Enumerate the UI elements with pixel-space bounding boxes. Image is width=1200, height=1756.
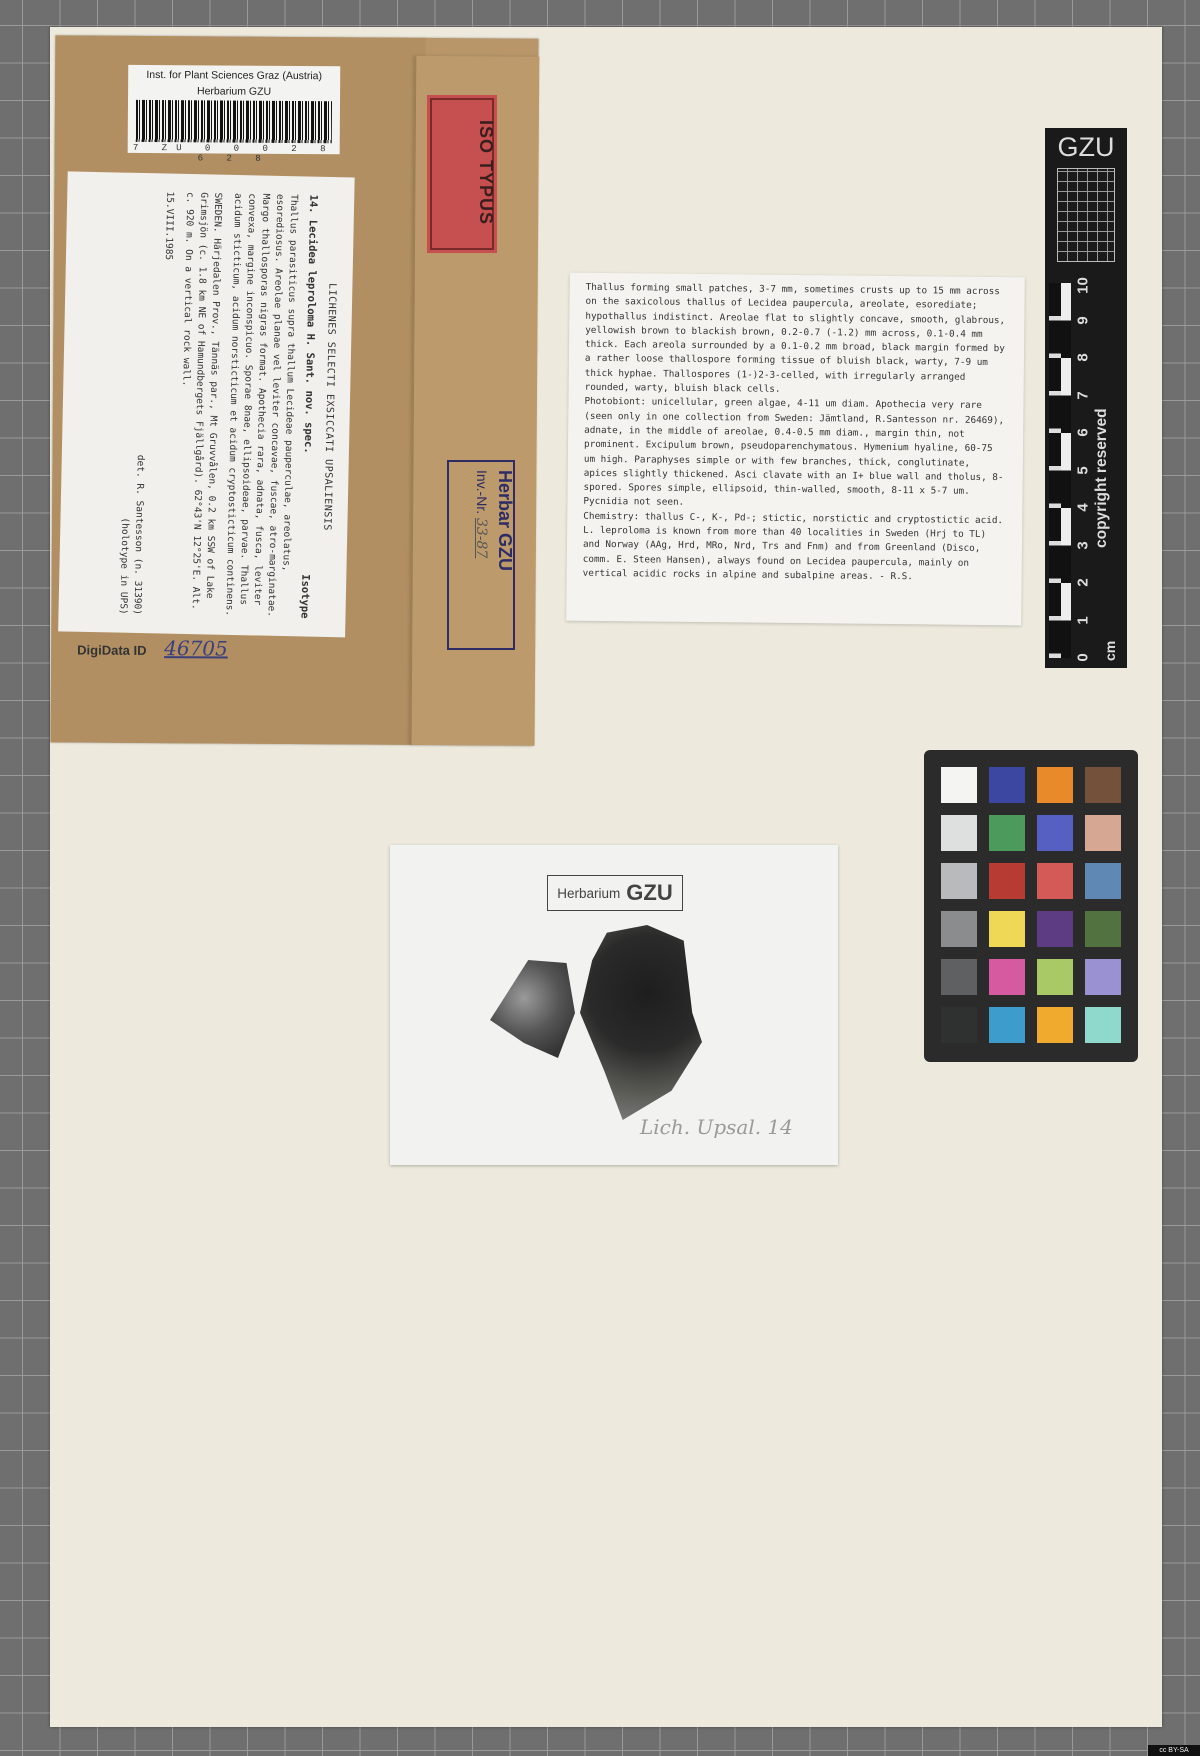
gzu-scale-bar: GZU 0 1 2 3 4 5 6 7 8 9 10 copyright res… <box>1045 128 1127 668</box>
ruler-ticks: 0 1 2 3 4 5 6 7 8 9 10 <box>1073 283 1093 658</box>
stamp-prefix: Herbarium <box>557 886 620 901</box>
institution-name: Inst. for Plant Sciences Graz (Austria) <box>128 69 340 82</box>
color-patch <box>1085 911 1121 947</box>
color-patch <box>1085 959 1121 995</box>
color-patch <box>941 959 977 995</box>
color-patch <box>1037 863 1073 899</box>
tick-5: 5 <box>1075 461 1092 481</box>
building-icon <box>1057 168 1115 262</box>
color-patch <box>941 815 977 851</box>
description-thallus: Thallus forming small patches, 3-7 mm, s… <box>585 281 1009 400</box>
tick-4: 4 <box>1075 498 1092 518</box>
color-patch <box>989 863 1025 899</box>
color-patch <box>941 863 977 899</box>
color-patch <box>941 1007 977 1043</box>
lichen-rock-fragment-large <box>580 925 702 1120</box>
color-checker-chart <box>924 750 1138 1062</box>
specimen-label: LICHENES SELECTI EXSICCATI UPSALIENSIS 1… <box>58 171 355 637</box>
color-patch <box>989 815 1025 851</box>
color-patch <box>941 911 977 947</box>
color-patch <box>1085 1007 1121 1043</box>
unit-label: cm <box>1102 631 1118 661</box>
color-patch <box>1037 815 1073 851</box>
inventory-label: Inv.-Nr. <box>474 470 490 514</box>
herbarium-name: Herbarium GZU <box>128 85 340 98</box>
barcode-icon <box>136 100 332 143</box>
barcode-label: Inst. for Plant Sciences Graz (Austria) … <box>128 65 341 154</box>
color-patch <box>1037 911 1073 947</box>
exsiccata-series: LICHENES SELECTI EXSICCATI UPSALIENSIS <box>317 195 340 619</box>
typus-text: ISO TYPUS <box>475 120 496 240</box>
herbar-stamp-title: Herbar GZU <box>494 470 515 650</box>
tick-6: 6 <box>1075 423 1092 443</box>
isotypus-stamp: ISO TYPUS <box>430 98 494 250</box>
type-status: Isotype <box>297 574 312 619</box>
latin-diagnosis: Thallus parasiticus supra thallum Lecide… <box>221 193 300 618</box>
tick-0: 0 <box>1075 648 1092 668</box>
color-patch <box>941 767 977 803</box>
color-patch <box>989 911 1025 947</box>
inventory-number: 33-87 <box>473 518 489 558</box>
color-patch <box>989 959 1025 995</box>
tick-10: 10 <box>1075 276 1092 296</box>
digidata-value: 46705 <box>164 636 228 660</box>
stamp-name: GZU <box>626 880 672 906</box>
color-patch-grid <box>941 767 1121 1043</box>
tick-1: 1 <box>1075 611 1092 631</box>
color-patch <box>989 1007 1025 1043</box>
color-patch <box>1037 767 1073 803</box>
description-distribution: L. leproloma is known from more than 40 … <box>583 524 1007 586</box>
collection-locality: SWEDEN. Härjedalen Prov., Tännäs par., M… <box>173 192 224 617</box>
tick-7: 7 <box>1075 386 1092 406</box>
tick-2: 2 <box>1075 573 1092 593</box>
color-patch <box>1037 959 1073 995</box>
gzu-logo: GZU <box>1045 132 1127 163</box>
color-patch <box>1085 767 1121 803</box>
description-slip: Thallus forming small patches, 3-7 mm, s… <box>566 273 1025 626</box>
tick-8: 8 <box>1075 348 1092 368</box>
herbarium-gzu-stamp: Herbarium GZU <box>547 875 683 911</box>
tick-3: 3 <box>1075 536 1092 556</box>
color-patch <box>989 767 1025 803</box>
barcode-number: 7 ZU 0 0 0 2 8 6 2 8 <box>128 143 340 164</box>
description-apothecia: Photobiont: unicellular, green algae, 4-… <box>583 395 1007 514</box>
digidata-label: DigiData ID <box>77 642 146 657</box>
herbar-gzu-stamp: Herbar GZU Inv.-Nr. 33-87 <box>447 460 515 650</box>
cc-by-sa-badge: cc BY-SA <box>1148 1745 1200 1756</box>
ruler-white-segments <box>1061 283 1071 658</box>
color-patch <box>1085 815 1121 851</box>
collection-date: 15.VIII.1985 <box>153 191 176 615</box>
copyright-text: copyright reserved <box>1093 308 1111 548</box>
digidata-id: DigiData ID 46705 <box>77 635 228 660</box>
specimen-card: Herbarium GZU Lich. Upsal. 14 <box>390 845 838 1165</box>
color-patch <box>1085 863 1121 899</box>
species-name: 14. Lecidea leproloma H. Sant. nov. spec… <box>301 194 320 453</box>
color-patch <box>1037 1007 1073 1043</box>
lichen-rock-fragment-small <box>490 958 575 1058</box>
tick-9: 9 <box>1075 311 1092 331</box>
handwritten-note: Lich. Upsal. 14 <box>640 1115 793 1139</box>
